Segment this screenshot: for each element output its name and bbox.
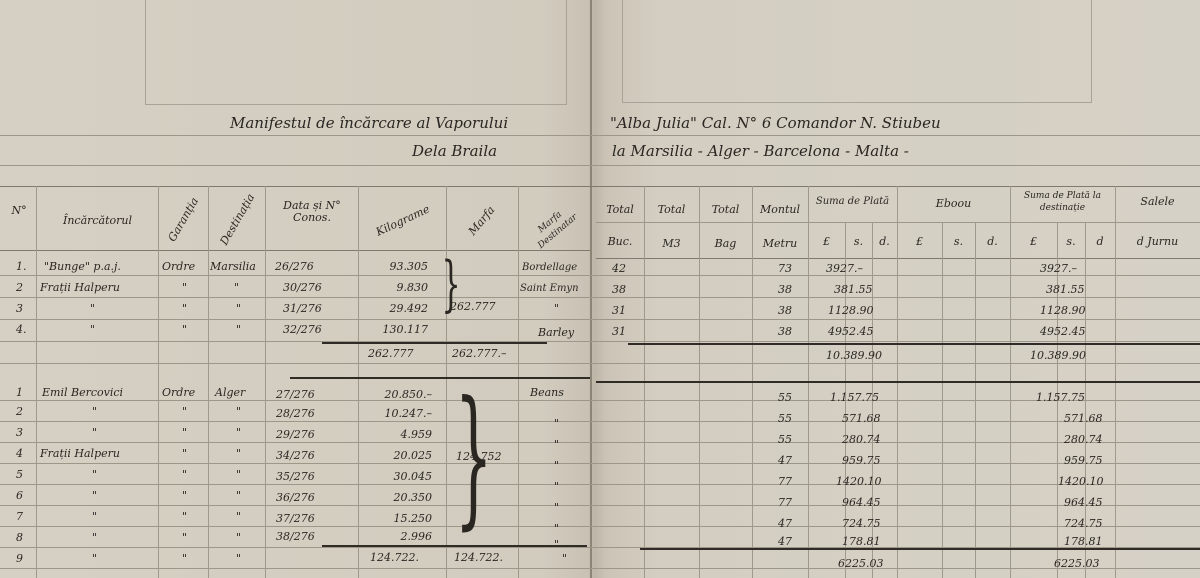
header-kg: Kilograme <box>363 198 442 244</box>
blank-frame-left <box>145 0 567 105</box>
row-buc: 38 <box>612 283 626 296</box>
row-shipper: " <box>92 552 97 565</box>
row-consignee: " <box>554 522 559 535</box>
header-total-m3: Total <box>644 204 699 216</box>
row-amount: 1.157.75 <box>830 391 879 404</box>
row-amount: 280.74 <box>842 433 881 446</box>
total-amount: 6225.03 <box>838 557 884 570</box>
row-guarantee: " <box>182 468 187 481</box>
subheader-pound-2: £ <box>897 236 942 248</box>
row-shipper: Emil Bercovici <box>42 386 123 399</box>
row-metru: 55 <box>778 391 792 404</box>
total-amount: 10.389.90 <box>826 349 882 362</box>
row-no: 3 <box>16 426 23 439</box>
row-bill: 32/276 <box>283 323 322 336</box>
row-bill: 27/276 <box>276 388 315 401</box>
row-no: 6 <box>16 489 23 502</box>
row-shipper: Frații Halperu <box>40 447 120 460</box>
row-buc: 31 <box>612 304 626 317</box>
row-kg: 20.350 <box>360 491 432 504</box>
header-consignee: Marfa Destinatar <box>520 196 588 258</box>
manifest-title: Manifestul de încărcare al Vaporului <box>230 114 508 132</box>
header-suma-destinatie: Suma de Plată la destinație <box>1010 190 1115 214</box>
row-guarantee: " <box>182 447 187 460</box>
row-destination: " <box>234 281 239 294</box>
row-shipper: " <box>92 531 97 544</box>
row-metru: 38 <box>778 283 792 296</box>
header-total-bag: Total <box>699 204 752 216</box>
row-dest-amount: 1.157.75 <box>1036 391 1085 404</box>
row-shipper: " <box>92 405 97 418</box>
row-consignee: " <box>554 480 559 493</box>
header-shipper: Încărcătorul <box>40 215 155 227</box>
row-guarantee: " <box>182 405 187 418</box>
row-no: 2 <box>16 281 23 294</box>
subheader-pence-3: d <box>1085 236 1115 248</box>
row-shipper: "Bunge" p.a.j. <box>44 260 121 273</box>
row-no: 1. <box>16 260 27 273</box>
row-dest-amount: 381.55 <box>1046 283 1085 296</box>
row-metru: 55 <box>778 433 792 446</box>
header-bill: Data și N° Conos. <box>268 200 356 224</box>
subheader-pence-1: d. <box>872 236 897 248</box>
header-total-buc: Total <box>596 204 644 216</box>
row-shipper: Frații Halperu <box>40 281 120 294</box>
subheader-bag: Bag <box>699 238 752 250</box>
row-kg: 10.247.– <box>360 407 432 420</box>
row-destination: " <box>236 447 241 460</box>
row-metru: 47 <box>778 454 792 467</box>
subheader-pence-2: d. <box>975 236 1010 248</box>
row-no: 3 <box>16 302 23 315</box>
row-bill: 31/276 <box>283 302 322 315</box>
row-dest-amount: 964.45 <box>1064 496 1103 509</box>
row-amount: 959.75 <box>842 454 881 467</box>
row-bill: 36/276 <box>276 491 315 504</box>
row-kg: 130.117 <box>360 323 428 336</box>
row-metru: 47 <box>778 535 792 548</box>
row-kg: 29.492 <box>360 302 428 315</box>
row-guarantee: " <box>182 302 187 315</box>
row-guarantee: " <box>182 552 187 565</box>
row-kg: 2.996 <box>360 530 432 543</box>
row-consignee: Bordellage <box>522 262 577 273</box>
total-dest-amount: 10.389.90 <box>1030 349 1086 362</box>
row-kg: 9.830 <box>360 281 428 294</box>
row-bill: 38/276 <box>276 530 315 543</box>
row-metru: 38 <box>778 304 792 317</box>
row-bill: 26/276 <box>275 260 314 273</box>
total-marfa: 124.722. <box>454 551 503 564</box>
row-kg: 30.045 <box>360 470 432 483</box>
row-consignee: " <box>562 552 567 565</box>
row-amount: 1420.10 <box>836 475 882 488</box>
row-amount: 964.45 <box>842 496 881 509</box>
row-destination: " <box>236 531 241 544</box>
row-metru: 47 <box>778 517 792 530</box>
row-dest-amount: 3927.– <box>1040 262 1077 275</box>
row-guarantee: Ordre <box>162 386 195 399</box>
row-consignee: " <box>554 459 559 472</box>
row-amount: 381.55 <box>834 283 873 296</box>
header-montul: Montul <box>752 204 808 216</box>
row-guarantee: Ordre <box>162 260 195 273</box>
row-shipper: " <box>92 468 97 481</box>
row-shipper: " <box>90 302 95 315</box>
row-no: 4 <box>16 447 23 460</box>
row-amount: 178.81 <box>842 535 881 548</box>
ship-name: "Alba Julia" Cal. N° 6 Comandor N. Stiub… <box>610 114 941 132</box>
row-destination: " <box>236 552 241 565</box>
row-amount: 571.68 <box>842 412 881 425</box>
row-guarantee: " <box>182 281 187 294</box>
header-destination: Destinația <box>218 195 255 248</box>
row-consignee: Saint Emyn <box>520 283 579 294</box>
subheader-shilling-3: s. <box>1057 236 1085 248</box>
subheader-metru: Metru <box>752 238 808 250</box>
row-kg: 20.850.– <box>360 388 432 401</box>
subheader-buc: Buc. <box>596 236 644 248</box>
row-shipper: " <box>92 510 97 523</box>
row-shipper: " <box>92 426 97 439</box>
row-metru: 73 <box>778 262 792 275</box>
row-kg: 15.250 <box>360 512 432 525</box>
row-dest-amount: 724.75 <box>1064 517 1103 530</box>
header-suma-plata: Suma de Plată <box>808 196 897 208</box>
row-bill: 28/276 <box>276 407 315 420</box>
row-consignee: Barley <box>538 326 574 339</box>
subheader-pound-3: £ <box>1010 236 1057 248</box>
row-guarantee: " <box>182 489 187 502</box>
row-bill: 35/276 <box>276 470 315 483</box>
row-guarantee: " <box>182 531 187 544</box>
total-marfa: 262.777.– <box>452 347 506 360</box>
row-metru: 77 <box>778 475 792 488</box>
row-no: 8 <box>16 531 23 544</box>
row-buc: 42 <box>612 262 626 275</box>
book-gutter <box>590 0 592 578</box>
row-bill: 37/276 <box>276 512 315 525</box>
row-kg: 93.305 <box>360 260 428 273</box>
brace-total: 124.752 <box>456 450 502 463</box>
row-no: 4. <box>16 323 27 336</box>
row-consignee: " <box>554 417 559 430</box>
header-salele: Salele <box>1115 196 1200 208</box>
row-destination: " <box>236 426 241 439</box>
route-origin: Dela Braila <box>412 142 497 160</box>
subheader-jurnal: d Jurnu <box>1115 236 1200 248</box>
row-amount: 724.75 <box>842 517 881 530</box>
row-dest-amount: 178.81 <box>1064 535 1103 548</box>
header-eboou: Eboou <box>897 198 1010 210</box>
brace-total: 262.777 <box>450 300 496 313</box>
total-kg: 124.722. <box>370 551 419 564</box>
row-metru: 38 <box>778 325 792 338</box>
row-destination: " <box>236 468 241 481</box>
row-metru: 55 <box>778 412 792 425</box>
row-bill: 34/276 <box>276 449 315 462</box>
row-consignee: " <box>554 302 559 315</box>
total-dest-amount: 6225.03 <box>1054 557 1100 570</box>
row-dest-amount: 959.75 <box>1064 454 1103 467</box>
subheader-shilling-2: s. <box>942 236 975 248</box>
subheader-shilling-1: s. <box>845 236 872 248</box>
row-amount: 1128.90 <box>828 304 874 317</box>
row-destination: " <box>236 323 241 336</box>
row-consignee: Beans <box>530 386 564 399</box>
row-bill: 29/276 <box>276 428 315 441</box>
total-kg: 262.777 <box>368 347 414 360</box>
row-no: 2 <box>16 405 23 418</box>
row-destination: " <box>236 510 241 523</box>
row-amount: 4952.45 <box>828 325 874 338</box>
header-no: N° <box>6 205 32 217</box>
row-destination: " <box>236 405 241 418</box>
row-destination: " <box>236 489 241 502</box>
row-destination: Alger <box>215 386 245 399</box>
row-amount: 3927.– <box>826 262 863 275</box>
row-consignee: " <box>554 438 559 451</box>
row-destination: " <box>236 302 241 315</box>
row-dest-amount: 4952.45 <box>1040 325 1086 338</box>
row-dest-amount: 1420.10 <box>1058 475 1104 488</box>
row-buc: 31 <box>612 325 626 338</box>
row-destination: Marsilia <box>210 260 256 273</box>
row-guarantee: " <box>182 426 187 439</box>
row-kg: 20.025 <box>360 449 432 462</box>
row-no: 1 <box>16 386 23 399</box>
blank-frame-right <box>622 0 1092 103</box>
row-dest-amount: 571.68 <box>1064 412 1103 425</box>
row-metru: 77 <box>778 496 792 509</box>
row-guarantee: " <box>182 510 187 523</box>
row-consignee: " <box>554 538 559 551</box>
subheader-pound-1: £ <box>808 236 845 248</box>
row-guarantee: " <box>182 323 187 336</box>
row-consignee: " <box>554 501 559 514</box>
header-guarantee: Garanția <box>166 198 199 244</box>
row-shipper: " <box>92 489 97 502</box>
row-no: 7 <box>16 510 23 523</box>
row-no: 5 <box>16 468 23 481</box>
row-no: 9 <box>16 552 23 565</box>
row-dest-amount: 1128.90 <box>1040 304 1086 317</box>
ledger-spread: Manifestul de încărcare al Vaporului "Al… <box>0 0 1200 578</box>
row-dest-amount: 280.74 <box>1064 433 1103 446</box>
row-bill: 30/276 <box>283 281 322 294</box>
row-shipper: " <box>90 323 95 336</box>
row-kg: 4.959 <box>360 428 432 441</box>
route-destinations: la Marsilia - Alger - Barcelona - Malta … <box>612 142 909 160</box>
header-marfa: Marfa <box>456 191 509 251</box>
subheader-m3: M3 <box>644 238 699 250</box>
